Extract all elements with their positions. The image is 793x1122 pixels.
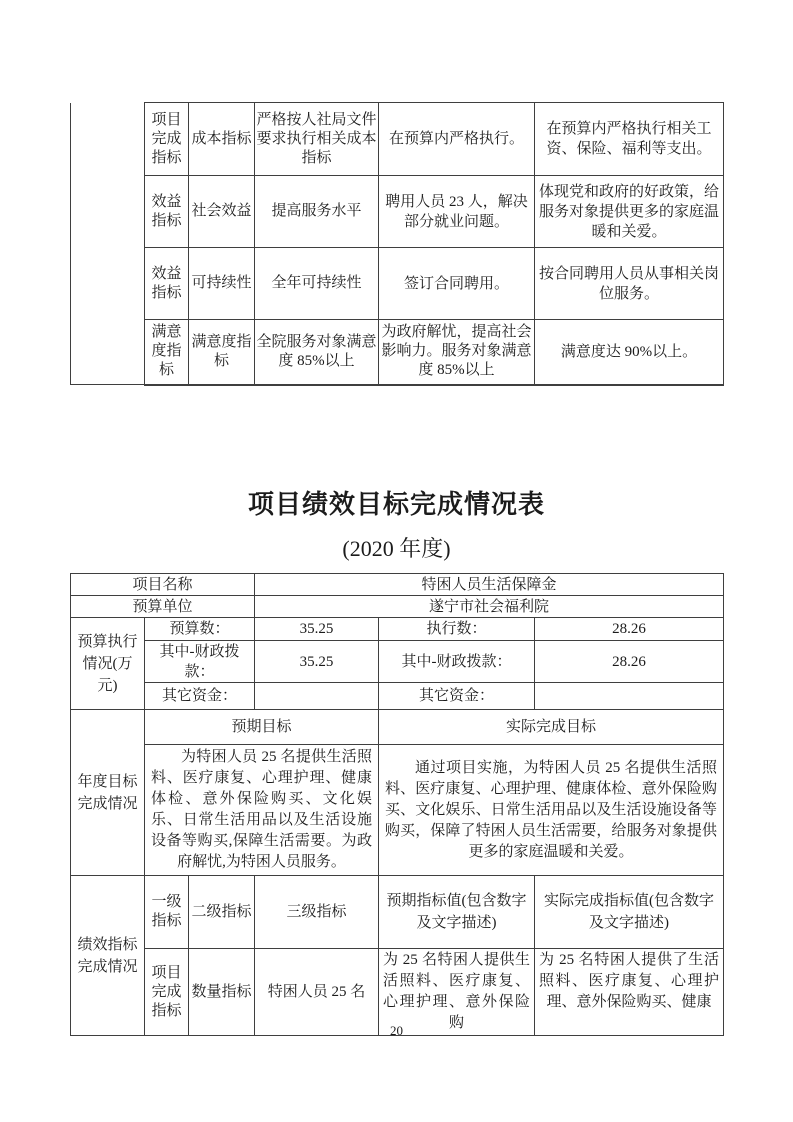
level2-cell: 可持续性 [189,248,255,320]
fiscal-allocation-exec-value: 28.26 [535,641,724,683]
actual-value-cell: 满意度达 90%以上。 [535,320,724,385]
level2-header: 二级指标 [189,876,255,949]
level1-cell: 效益指标 [145,248,189,320]
level1-cell: 项目完成指标 [145,103,189,176]
page-number: 20 [0,1023,793,1039]
expected-goal-text: 为特困人员 25 名提供生活照料、医疗康复、心理护理、健康体检、意外保险购买、文… [145,745,379,876]
page-subtitle: (2020 年度) [0,534,793,564]
level3-header: 三级指标 [255,876,379,949]
fiscal-allocation-exec-label: 其中-财政拨款： [379,641,535,683]
expected-indicator-header: 预期指标值(包含数字及文字描述) [379,876,535,949]
level1-cell: 效益指标 [145,176,189,248]
continued-rowspan-cell [71,103,145,385]
level1-header: 一级指标 [145,876,189,949]
annual-goal-section-label: 年度目标完成情况 [71,710,145,876]
indicator-section-label: 绩效指标完成情况 [71,876,145,1036]
expected-value-cell: 在预算内严格执行。 [379,103,535,176]
level3-cell: 全院服务对象满意度 85%以上 [255,320,379,385]
budget-section-label: 预算执行情况(万元) [71,618,145,710]
actual-value-cell: 体现党和政府的好政策，给服务对象提供更多的家庭温暖和关爱。 [535,176,724,248]
other-funds-label: 其它资金： [145,683,255,710]
level2-cell: 满意度指标 [189,320,255,385]
budget-unit-label: 预算单位 [71,596,255,618]
fiscal-allocation-label: 其中-财政拨款： [145,641,255,683]
other-funds-exec-label: 其它资金： [379,683,535,710]
completion-table: 项目名称 特困人员生活保障金 预算单位 遂宁市社会福利院 预算执行情况(万元) … [70,573,724,1036]
level2-cell: 社会效益 [189,176,255,248]
expected-value-cell: 签订合同聘用。 [379,248,535,320]
other-funds-value [255,683,379,710]
budget-amount-value: 35.25 [255,618,379,641]
expected-value-cell: 聘用人员 23 人，解决部分就业问题。 [379,176,535,248]
project-name-label: 项目名称 [71,574,255,596]
level3-cell: 严格按人社局文件要求执行相关成本指标 [255,103,379,176]
indicator-table-continued: 项目完成指标 成本指标 严格按人社局文件要求执行相关成本指标 在预算内严格执行。… [70,102,724,386]
project-name-value: 特困人员生活保障金 [255,574,724,596]
actual-value-cell: 在预算内严格执行相关工资、保险、福利等支出。 [535,103,724,176]
budget-unit-value: 遂宁市社会福利院 [255,596,724,618]
actual-goal-header: 实际完成目标 [379,710,724,745]
level1-cell: 满意度指标 [145,320,189,385]
page-title: 项目绩效目标完成情况表 [0,489,793,521]
actual-indicator-header: 实际完成指标值(包含数字及文字描述) [535,876,724,949]
other-funds-exec-value [535,683,724,710]
level3-cell: 全年可持续性 [255,248,379,320]
executed-amount-value: 28.26 [535,618,724,641]
level2-cell: 成本指标 [189,103,255,176]
actual-value-cell: 按合同聘用人员从事相关岗位服务。 [535,248,724,320]
executed-amount-label: 执行数： [379,618,535,641]
level3-cell: 提高服务水平 [255,176,379,248]
expected-goal-header: 预期目标 [145,710,379,745]
fiscal-allocation-value: 35.25 [255,641,379,683]
expected-value-cell: 为政府解忧，提高社会影响力。服务对象满意度 85%以上 [379,320,535,385]
actual-goal-text: 通过项目实施，为特困人员 25 名提供生活照料、医疗康复、心理护理、健康体检、意… [379,745,724,876]
budget-amount-label: 预算数： [145,618,255,641]
